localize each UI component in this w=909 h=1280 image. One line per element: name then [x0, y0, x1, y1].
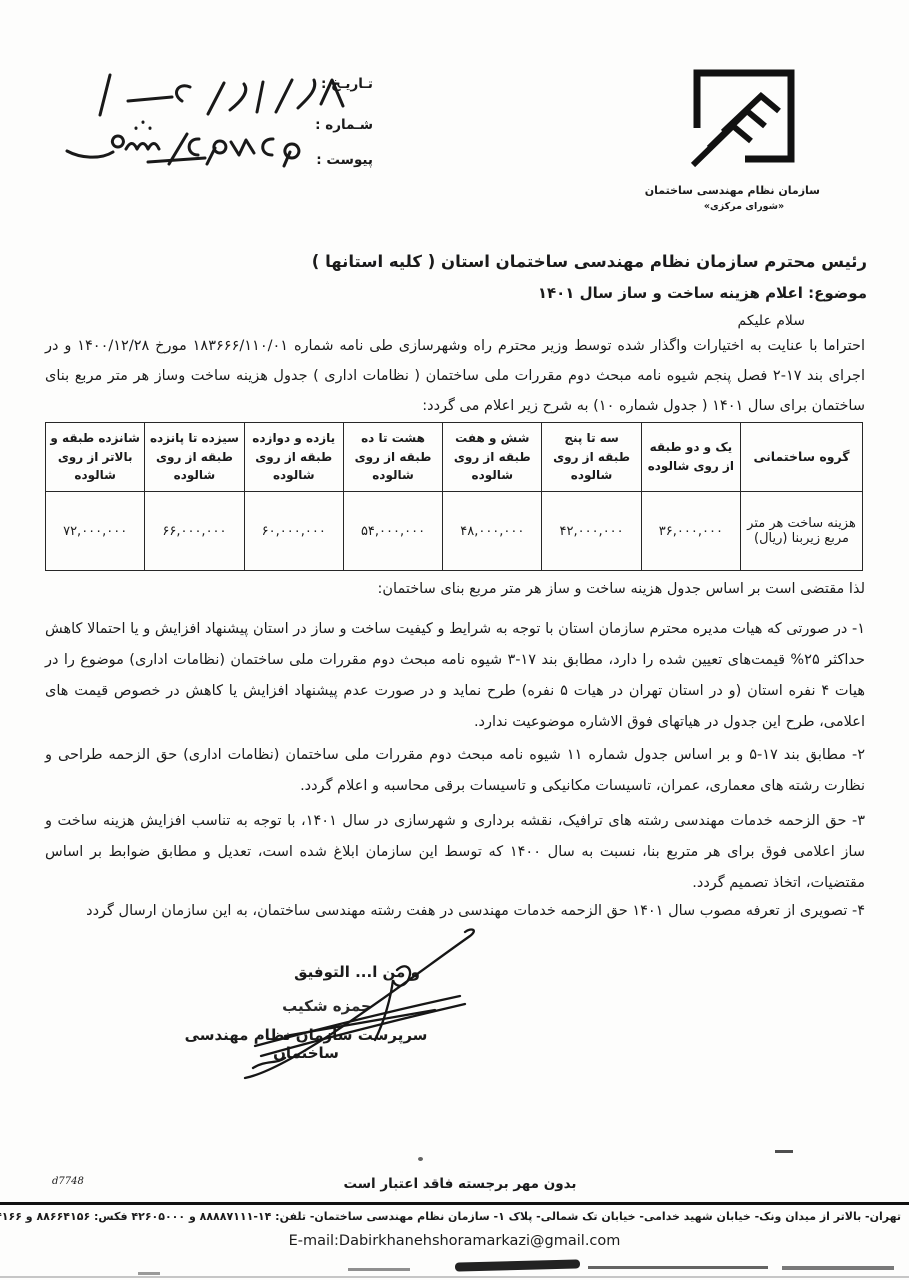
- scan-smudge: [138, 1272, 160, 1275]
- organization-name: سازمان نظام مهندسی ساختمان: [668, 184, 820, 197]
- salutation: سلام علیکم: [738, 313, 805, 329]
- col-header-6-7-floors: شش و هفت طبقه از روی شالوده: [443, 423, 542, 492]
- scan-smudge: [0, 1276, 909, 1278]
- subject-line: موضوع: اعلام هزینه ساخت و ساز سال ۱۴۰۱: [538, 284, 867, 302]
- clause-1: ۱- در صورتی که هیات مدیره محترم سازمان ا…: [45, 614, 865, 738]
- cost-16plus-floors: ۷۲,۰۰۰,۰۰۰: [46, 492, 145, 571]
- footer-divider: [0, 1202, 909, 1205]
- row-label-cost-per-sqm: هزینه ساخت هر متر مربع زیربنا (ریال): [741, 492, 863, 571]
- scan-smudge: [588, 1266, 768, 1269]
- print-code: d7748: [52, 1176, 84, 1187]
- col-header-3-5-floors: سه تا پنج طبقه از روی شالوده: [542, 423, 641, 492]
- cost-8-10-floors: ۵۴,۰۰۰,۰۰۰: [343, 492, 442, 571]
- cost-13-15-floors: ۶۶,۰۰۰,۰۰۰: [145, 492, 244, 571]
- footer-email: E-mail:Dabirkhanehshoramarkazi@gmail.com: [0, 1233, 909, 1249]
- scan-smudge: [418, 1157, 423, 1161]
- table-value-row: هزینه ساخت هر متر مربع زیربنا (ریال) ۳۶,…: [46, 492, 863, 571]
- cost-6-7-floors: ۴۸,۰۰۰,۰۰۰: [443, 492, 542, 571]
- clause-2: ۲- مطابق بند ۱۷-۵ و بر اساس جدول شماره ۱…: [45, 740, 865, 802]
- col-header-16plus-floors: شانزده طبقه و بالاتر از روی شالوده: [46, 423, 145, 492]
- recipient-line: رئیس محترم سازمان نظام مهندسی ساختمان اس…: [312, 252, 867, 271]
- scan-smudge: [348, 1268, 410, 1271]
- footer-address: تهران- بالاتر از میدان ونک- خیابان شهید …: [8, 1210, 901, 1223]
- handwritten-date-and-number: [30, 60, 360, 175]
- organization-logo-icon: [687, 64, 802, 176]
- scan-smudge: [775, 1150, 793, 1153]
- col-header-13-15-floors: سیزده تا پانزده طبقه از روی شالوده: [145, 423, 244, 492]
- table-header-row: گروه ساختمانی یک و دو طبقه از روی شالوده…: [46, 423, 863, 492]
- cost-3-5-floors: ۴۲,۰۰۰,۰۰۰: [542, 492, 641, 571]
- scanned-letter: سازمان نظام مهندسی ساختمان «شورای مرکزی»…: [0, 0, 909, 1280]
- intro-paragraph: احتراما با عنایت به اختیارات واگذار شده …: [45, 331, 865, 421]
- construction-cost-table: گروه ساختمانی یک و دو طبقه از روی شالوده…: [45, 422, 863, 571]
- scan-smudge: [782, 1266, 894, 1270]
- cost-11-12-floors: ۶۰,۰۰۰,۰۰۰: [244, 492, 343, 571]
- letterhead-logo: سازمان نظام مهندسی ساختمان «شورای مرکزی»: [668, 64, 820, 212]
- scan-smudge: [455, 1259, 580, 1271]
- col-header-11-12-floors: یازده و دوازده طبقه از روی شالوده: [244, 423, 343, 492]
- signature-scrawl: [225, 918, 495, 1098]
- organization-subtitle: «شورای مرکزی»: [668, 201, 820, 212]
- seal-validity-notice: بدون مهر برجسته فاقد اعتبار است: [240, 1176, 680, 1192]
- col-header-1-2-floors: یک و دو طبقه از روی شالوده: [641, 423, 740, 492]
- cost-1-2-floors: ۳۶,۰۰۰,۰۰۰: [641, 492, 740, 571]
- table-corner-header: گروه ساختمانی: [741, 423, 863, 492]
- clause-3: ۳- حق الزحمه خدمات مهندسی رشته های ترافی…: [45, 806, 865, 899]
- after-table-line: لذا مقتضی است بر اساس جدول هزینه ساخت و …: [45, 574, 865, 605]
- col-header-8-10-floors: هشت تا ده طبقه از روی شالوده: [343, 423, 442, 492]
